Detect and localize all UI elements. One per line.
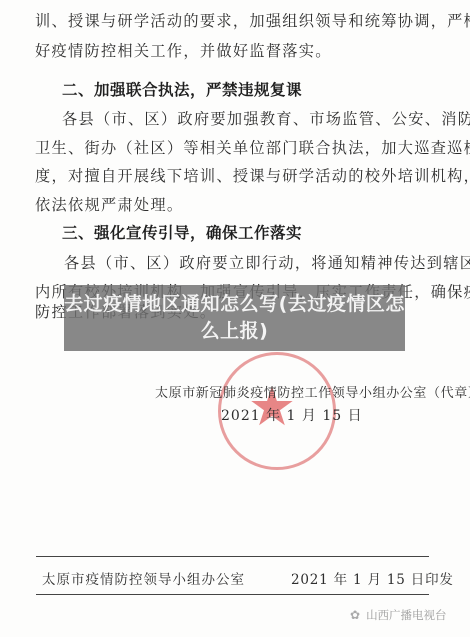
section-heading: 二、加强联合执法，严禁违规复课 <box>62 78 302 100</box>
paragraph-line: 度，对擅自开展线下培训、授课与研学活动的校外培训机构，要 <box>35 165 470 186</box>
paragraph-line: 各县（市、区）政府要立即行动，将通知精神传达到辖区 <box>64 252 470 273</box>
paragraph-line: 训、授课与研学活动的要求，加强组织领导和统筹协调，严格做 <box>35 10 470 31</box>
issuer-signature: 太原市新冠肺炎疫情防控工作领导小组办公室（代章） <box>155 382 470 401</box>
wechat-icon: ✿ <box>350 608 360 622</box>
paragraph-line: 各县（市、区）政府要加强教育、市场监管、公安、消防、 <box>62 108 470 129</box>
footer-rule-top <box>36 556 429 557</box>
title-overlay-banner: 去过疫情地区通知怎么写(去过疫情区怎么上报) <box>64 285 405 351</box>
section-heading: 三、强化宣传引导，确保工作落实 <box>62 221 302 243</box>
watermark-text: 山西广播电视台 <box>366 607 447 623</box>
footer-issuer: 太原市疫情防控领导小组办公室 <box>42 568 245 588</box>
paragraph-line: 卫生、街办（社区）等相关单位部门联合执法，加大巡查巡检力 <box>35 137 470 158</box>
paragraph-line: 好疫情防控相关工作，并做好监督落实。 <box>35 40 332 61</box>
signature-date: 2021 年 1 月 15 日 <box>221 405 363 425</box>
paragraph-line: 依法依规严肃处理。 <box>35 194 183 215</box>
footer-date: 2021 年 1 月 15 日印发 <box>291 568 454 588</box>
overlay-title: 去过疫情地区通知怎么写(去过疫情区怎么上报) <box>64 291 405 345</box>
footer-rule-bottom <box>36 594 429 595</box>
source-watermark: ✿ 山西广播电视台 <box>350 607 447 623</box>
